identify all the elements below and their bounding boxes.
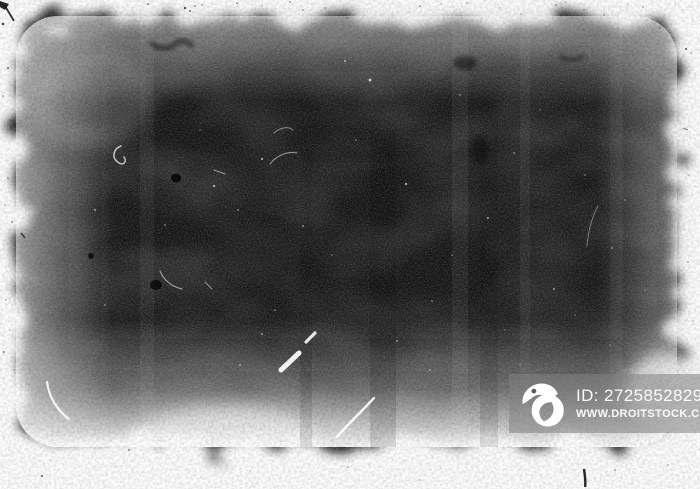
watermark: ID: 2725852829 WWW.DROITSTOCK.COM [509,374,700,433]
stock-photo-preview: ID: 2725852829 WWW.DROITSTOCK.COM [0,0,700,489]
watermark-id: ID: 2725852829 [576,387,700,406]
watermark-website: WWW.DROITSTOCK.COM [576,408,700,420]
droitstock-chameleon-logo-icon [521,380,567,428]
watermark-text: ID: 2725852829 WWW.DROITSTOCK.COM [576,387,700,420]
